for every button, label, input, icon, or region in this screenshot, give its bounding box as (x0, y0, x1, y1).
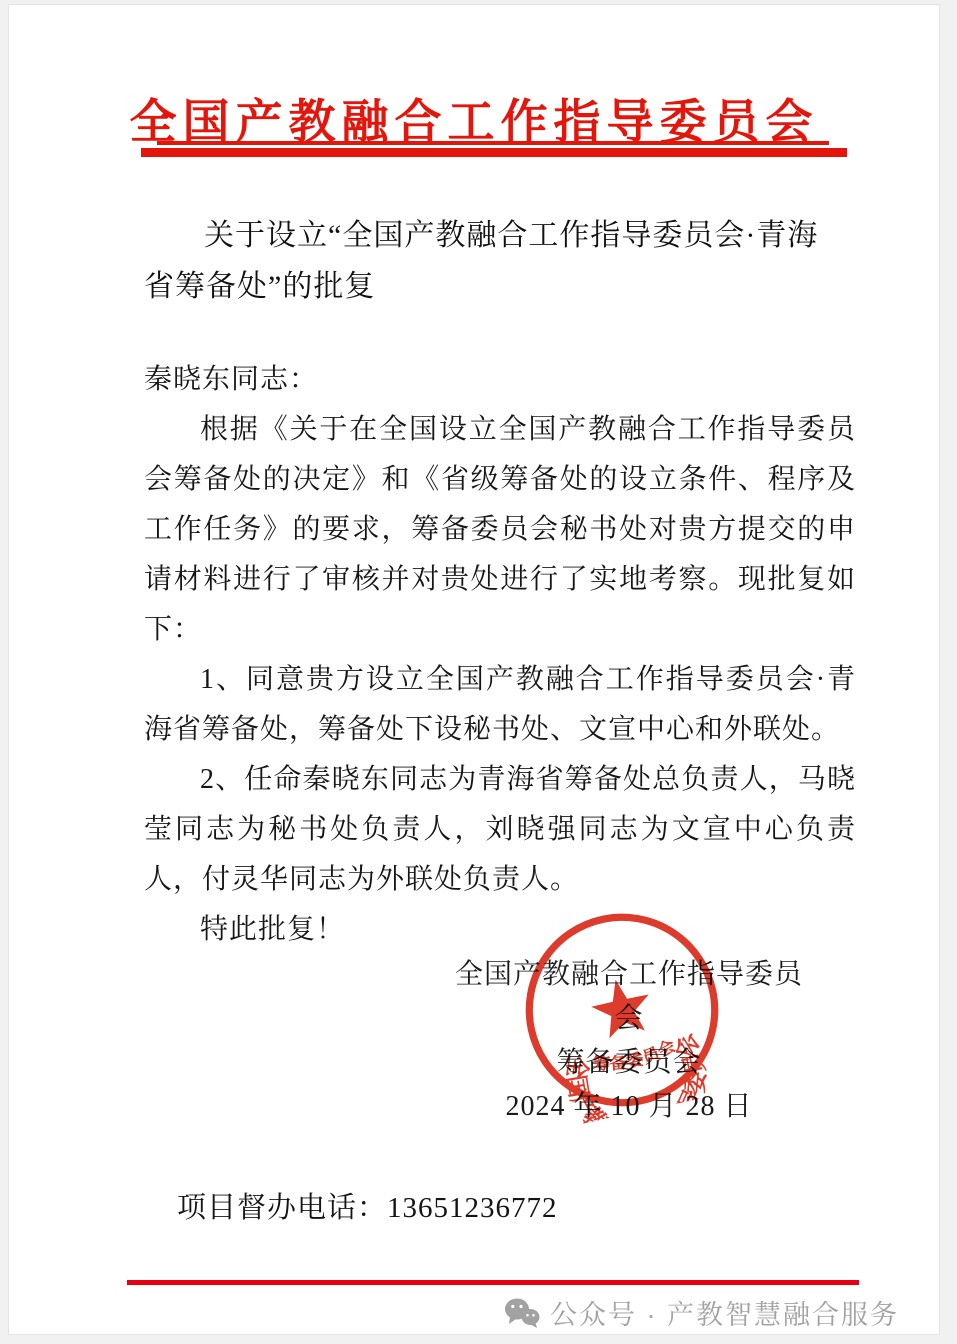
document-title-line1: 关于设立“全国产教融合工作指导委员会·青海 (144, 210, 856, 261)
body-paragraph: 根据《关于在全国设立全国产教融合工作指导委员会筹备处的决定》和《省级筹备处的设立… (144, 405, 856, 655)
document-title-line2: 省筹备处”的批复 (144, 261, 856, 312)
document-page: 全国产教融合工作指导委员会 关于设立“全国产教融合工作指导委员会·青海 省筹备处… (8, 4, 940, 1335)
footer-divider (127, 1280, 859, 1285)
signature-block: 全国产教融合工作指导委员会 筹备委员会 2024 年 10 月 28 日 (449, 953, 809, 1129)
body-paragraph: 1、同意贵方设立全国产教融合工作指导委员会·青海省筹备处，筹备处下设秘书处、文宣… (144, 655, 856, 755)
document-title: 关于设立“全国产教融合工作指导委员会·青海 省筹备处”的批复 (144, 210, 856, 312)
footer-bar: 公众号 · 产教智慧融合服务 (9, 1293, 927, 1332)
body-paragraph: 2、任命秦晓东同志为青海省筹备处总负责人，马晓莹同志为秘书处负责人，刘晓强同志为… (144, 755, 856, 905)
closing-phrase: 特此批复！ (144, 905, 856, 955)
salutation: 秦晓东同志： (144, 355, 856, 405)
wechat-icon (504, 1297, 540, 1329)
signature-date: 2024 年 10 月 28 日 (449, 1085, 809, 1129)
footer-account-label: 公众号 · 产教智慧融合服务 (550, 1293, 899, 1332)
document-body: 秦晓东同志： 根据《关于在全国设立全国产教融合工作指导委员会筹备处的决定》和《省… (144, 355, 856, 955)
letterhead-rule-thick (141, 148, 847, 157)
signature-org-line2: 筹备委员会 (449, 1041, 809, 1085)
signature-org-line1: 全国产教融合工作指导委员会 (449, 953, 809, 1041)
letterhead-rule-thin (157, 141, 829, 145)
contact-phone-line: 项目督办电话：13651236772 (177, 1185, 558, 1226)
